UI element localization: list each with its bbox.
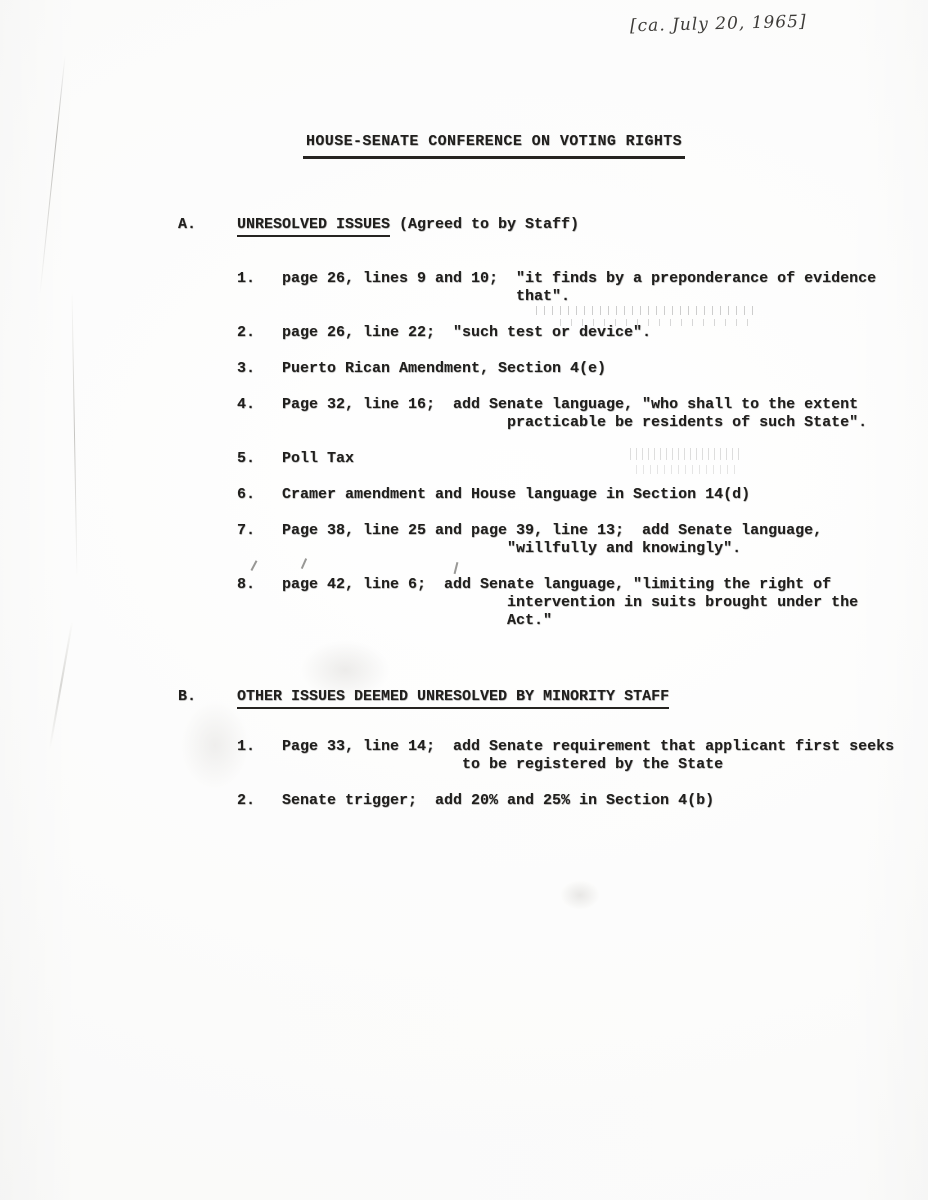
item-text: Senate trigger; add 20% and 25% in Secti… [282,792,714,810]
item-number: 7. [237,522,282,558]
item-number: 6. [237,486,282,504]
item-text: Page 38, line 25 and page 39, line 13; a… [282,522,822,558]
section-a-heading: UNRESOLVED ISSUES [237,216,390,237]
list-item: 3. Puerto Rican Amendment, Section 4(e) [237,360,876,378]
item-number: 3. [237,360,282,378]
section-a-label: A. [178,216,237,234]
section-b-header: B.OTHER ISSUES DEEMED UNRESOLVED BY MINO… [178,688,669,709]
item-number: 5. [237,450,282,468]
handwritten-date-annotation: [ca. July 20, 1965] [630,12,807,37]
document-title: HOUSE-SENATE CONFERENCE ON VOTING RIGHTS [303,133,685,159]
item-number: 2. [237,792,282,810]
paper-crease [71,290,77,580]
paper-smudge [560,880,600,910]
item-text: Cramer amendment and House language in S… [282,486,750,504]
list-item: 7. Page 38, line 25 and page 39, line 13… [237,522,876,558]
paper-crease [49,621,74,749]
list-item: 8. page 42, line 6; add Senate language,… [237,576,876,630]
list-item: 6. Cramer amendment and House language i… [237,486,876,504]
list-item: 2. page 26, line 22; "such test or devic… [237,324,876,342]
item-text: Page 33, line 14; add Senate requirement… [282,738,894,774]
paper-crease [39,56,65,295]
item-number: 2. [237,324,282,342]
list-item: 4. Page 32, line 16; add Senate language… [237,396,876,432]
document-title-text: HOUSE-SENATE CONFERENCE ON VOTING RIGHTS [303,133,685,159]
list-item: 2. Senate trigger; add 20% and 25% in Se… [237,792,894,810]
list-item: 1. Page 33, line 14; add Senate requirem… [237,738,894,774]
item-text: page 26, line 22; "such test or device". [282,324,651,342]
item-text: page 26, lines 9 and 10; "it finds by a … [282,270,876,306]
item-text: Page 32, line 16; add Senate language, "… [282,396,867,432]
item-text: Poll Tax [282,450,354,468]
document-page: [ca. July 20, 1965] HOUSE-SENATE CONFERE… [0,0,928,1200]
item-text: page 42, line 6; add Senate language, "l… [282,576,858,630]
item-number: 1. [237,270,282,306]
section-a-items: 1. page 26, lines 9 and 10; "it finds by… [237,270,876,648]
list-item: 5. Poll Tax [237,450,876,468]
item-number: 4. [237,396,282,432]
item-text: Puerto Rican Amendment, Section 4(e) [282,360,606,378]
item-number: 1. [237,738,282,774]
section-b-heading: OTHER ISSUES DEEMED UNRESOLVED BY MINORI… [237,688,669,709]
item-number: 8. [237,576,282,630]
section-a-heading-note: (Agreed to by Staff) [399,216,579,233]
section-b-label: B. [178,688,237,706]
list-item: 1. page 26, lines 9 and 10; "it finds by… [237,270,876,306]
section-b-items: 1. Page 33, line 14; add Senate requirem… [237,738,894,828]
section-a-header: A.UNRESOLVED ISSUES(Agreed to by Staff) [178,216,579,237]
